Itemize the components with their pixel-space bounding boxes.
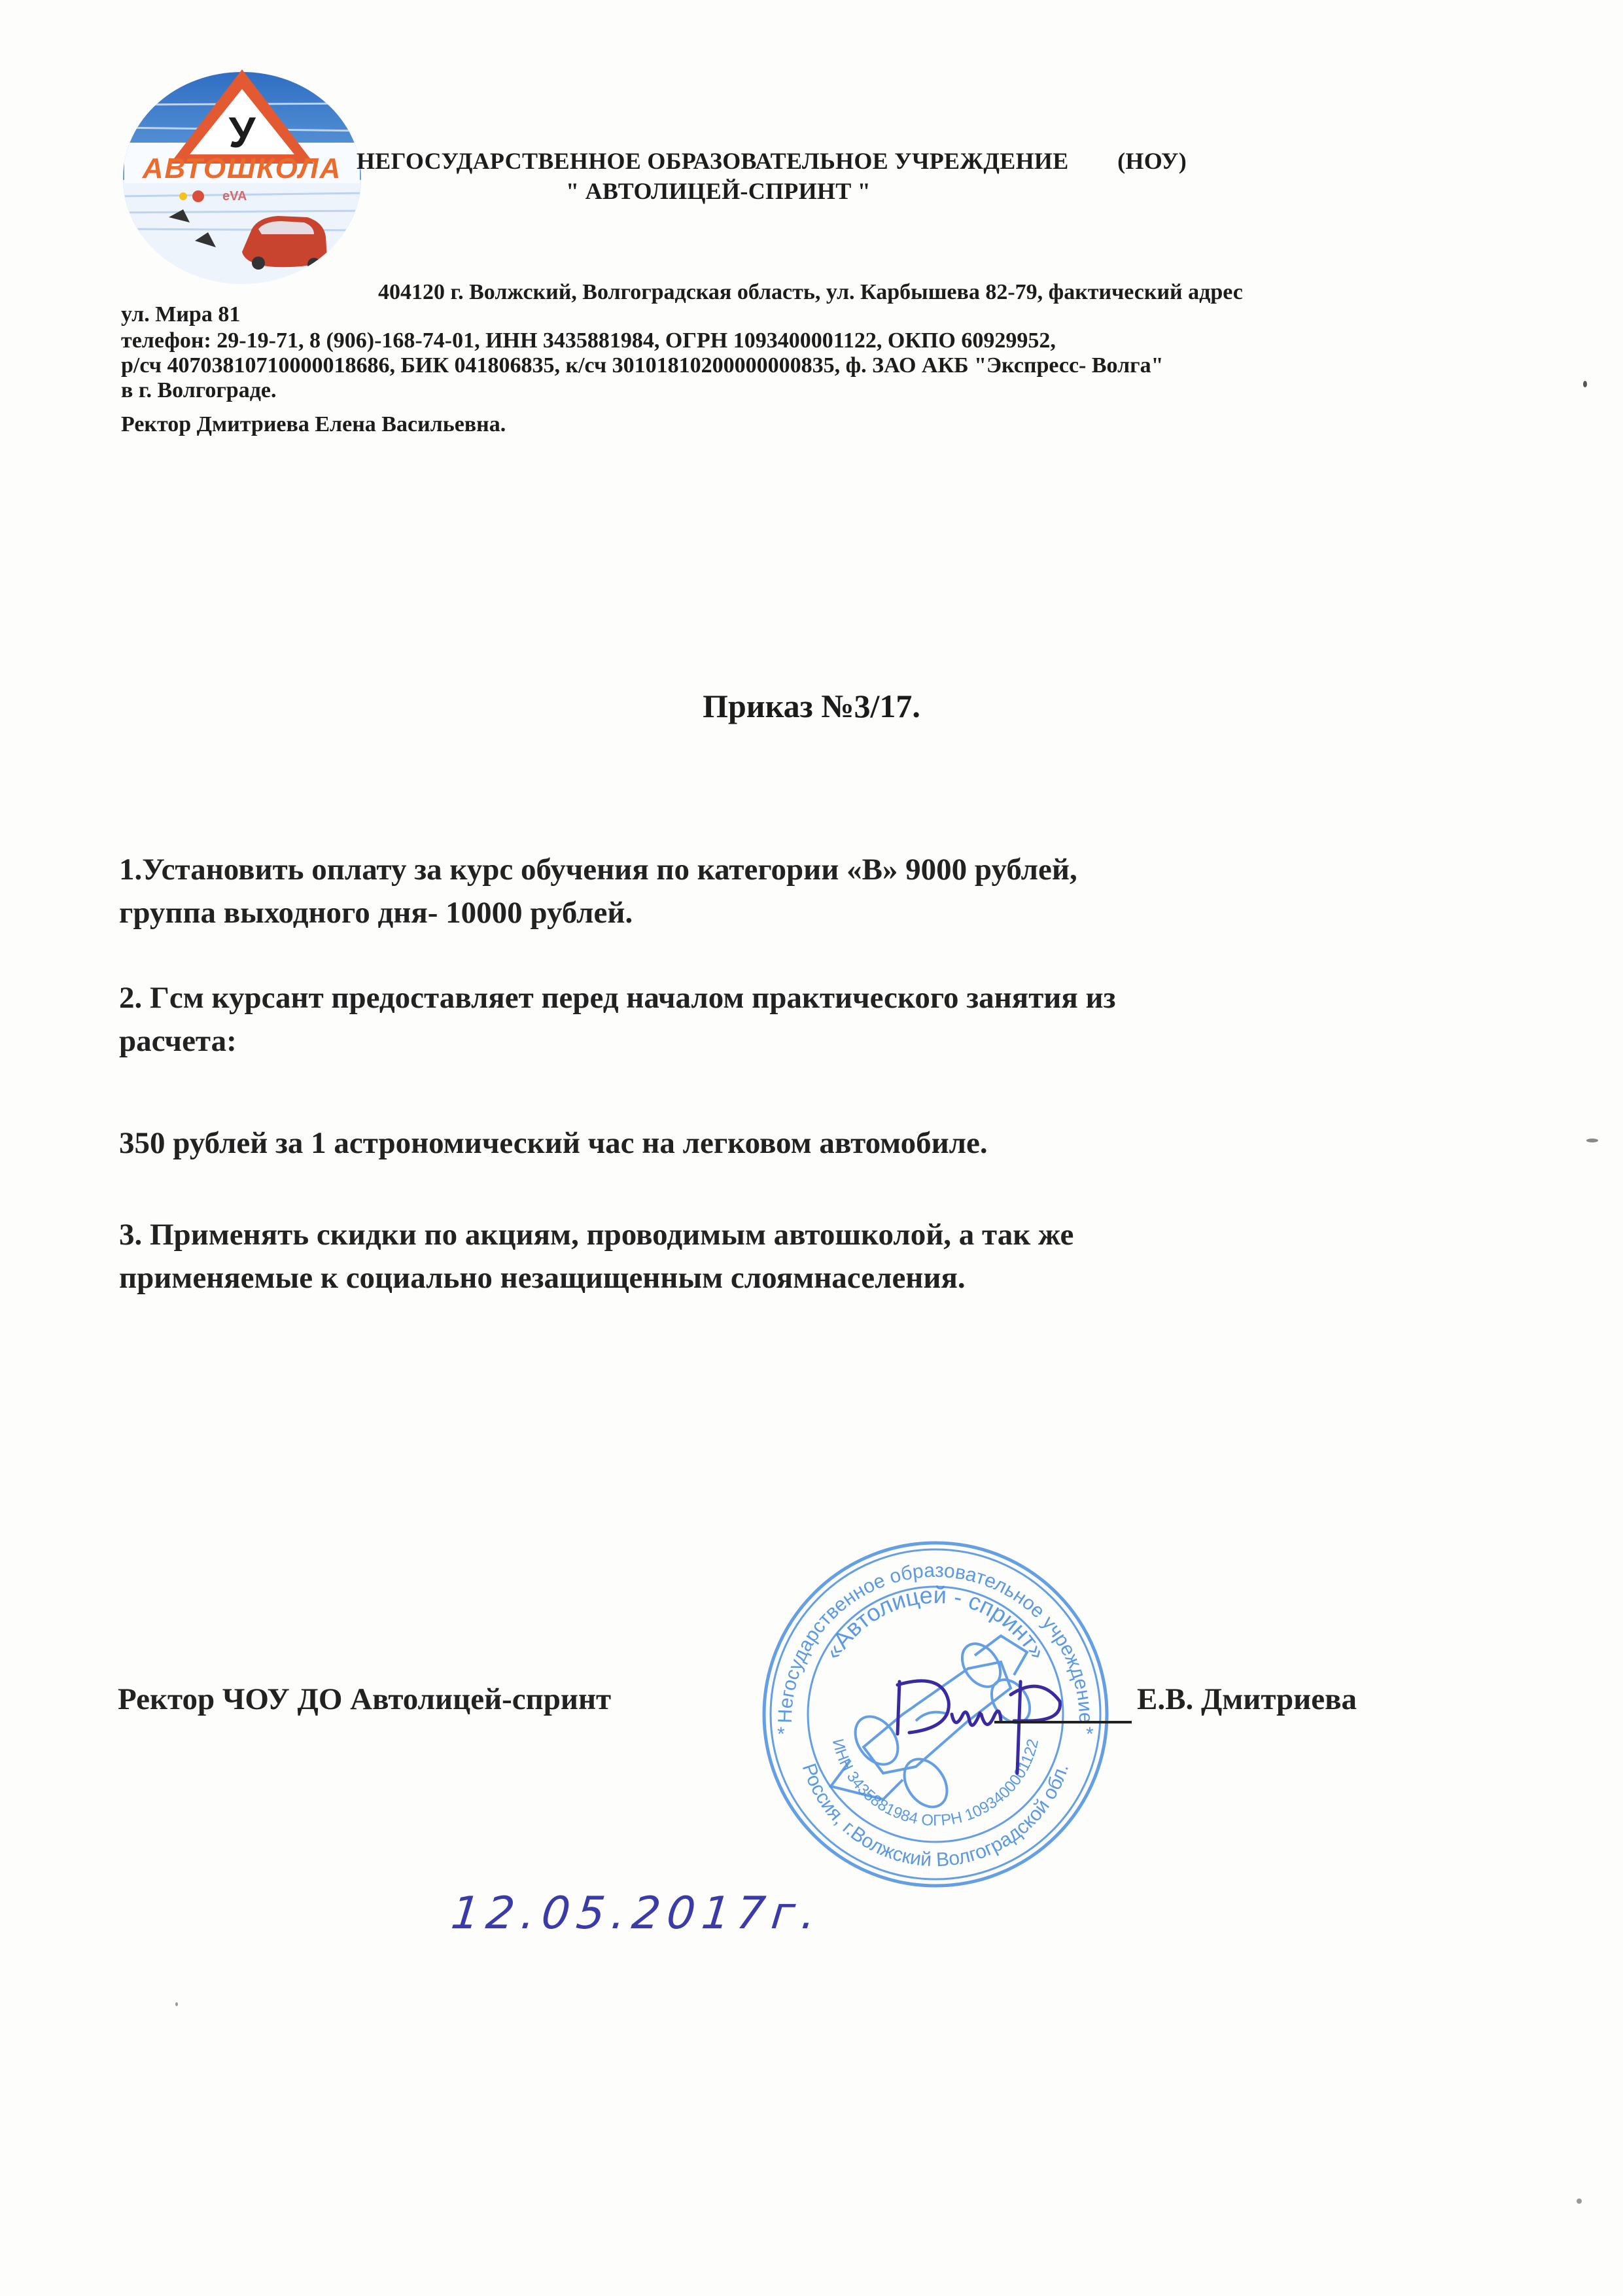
svg-text:eVA: eVA	[222, 189, 247, 203]
bank-city: в г. Волгограде.	[121, 378, 277, 403]
order-item-line: 350 рублей за 1 астрономический час на л…	[119, 1124, 988, 1162]
order-item-line: 3. Применять скидки по акциям, проводимы…	[119, 1216, 1073, 1254]
actual-address: ул. Мира 81	[121, 302, 240, 327]
signature-line	[994, 1721, 1132, 1723]
school-logo: У АВТОШКОЛА eVA	[118, 65, 366, 288]
legal-address: 404120 г. Волжский, Волгоградская област…	[378, 280, 1243, 305]
order-item-line: применяемые к социально незащищенным сло…	[119, 1259, 1073, 1297]
driving-school-logo-icon: У АВТОШКОЛА eVA	[118, 65, 366, 288]
org-type-heading: НЕГОСУДАРСТВЕННОЕ ОБРАЗОВАТЕЛЬНОЕ УЧРЕЖД…	[357, 148, 1187, 174]
round-seal-icon: Негосударственное образовательное учрежд…	[752, 1525, 1119, 1891]
organization-stamp: Негосударственное образовательное учрежд…	[752, 1525, 1119, 1891]
svg-text:У: У	[228, 108, 256, 156]
org-type: НЕГОСУДАРСТВЕННОЕ ОБРАЗОВАТЕЛЬНОЕ УЧРЕЖД…	[357, 148, 1069, 174]
rector-line: Ректор Дмитриева Елена Васильевна.	[121, 412, 506, 437]
org-name: " АВТОЛИЦЕЙ-СПРИНТ "	[566, 178, 871, 204]
signatory-name: Е.В. Дмитриева	[1137, 1680, 1357, 1718]
order-item-3: 3. Применять скидки по акциям, проводимы…	[119, 1216, 1073, 1297]
svg-text:АВТОШКОЛА: АВТОШКОЛА	[142, 152, 342, 185]
order-item-1: 1.Установить оплату за курс обучения по …	[119, 851, 1077, 932]
org-abbreviation: (НОУ)	[1117, 148, 1187, 174]
order-item-2: 2. Гсм курсант предоставляет перед начал…	[119, 979, 1116, 1060]
order-item-line: группа выходного дня- 10000 рублей.	[119, 894, 1077, 932]
scan-speck	[175, 2002, 178, 2006]
signatory-position: Ректор ЧОУ ДО Автолицей-спринт	[118, 1680, 611, 1718]
order-item-line: 2. Гсм курсант предоставляет перед начал…	[119, 979, 1116, 1017]
fuel-rate: 350 рублей за 1 астрономический час на л…	[119, 1124, 988, 1162]
svg-text:*: *	[1086, 1723, 1094, 1745]
scan-speck	[1586, 1139, 1598, 1142]
order-title: Приказ №3/17.	[0, 687, 1623, 725]
order-item-line: расчета:	[119, 1022, 1116, 1060]
bank-details-line: р/сч 40703810710000018686, БИК 041806835…	[121, 353, 1164, 378]
phone-and-registry-line: телефон: 29-19-71, 8 (906)-168-74-01, ИН…	[121, 328, 1056, 353]
svg-text:*: *	[777, 1723, 785, 1745]
handwritten-date: 12.05.2017г.	[449, 1888, 825, 1939]
scan-speck	[1577, 2199, 1582, 2204]
scan-speck	[1583, 381, 1587, 387]
order-item-line: 1.Установить оплату за курс обучения по …	[119, 851, 1077, 889]
